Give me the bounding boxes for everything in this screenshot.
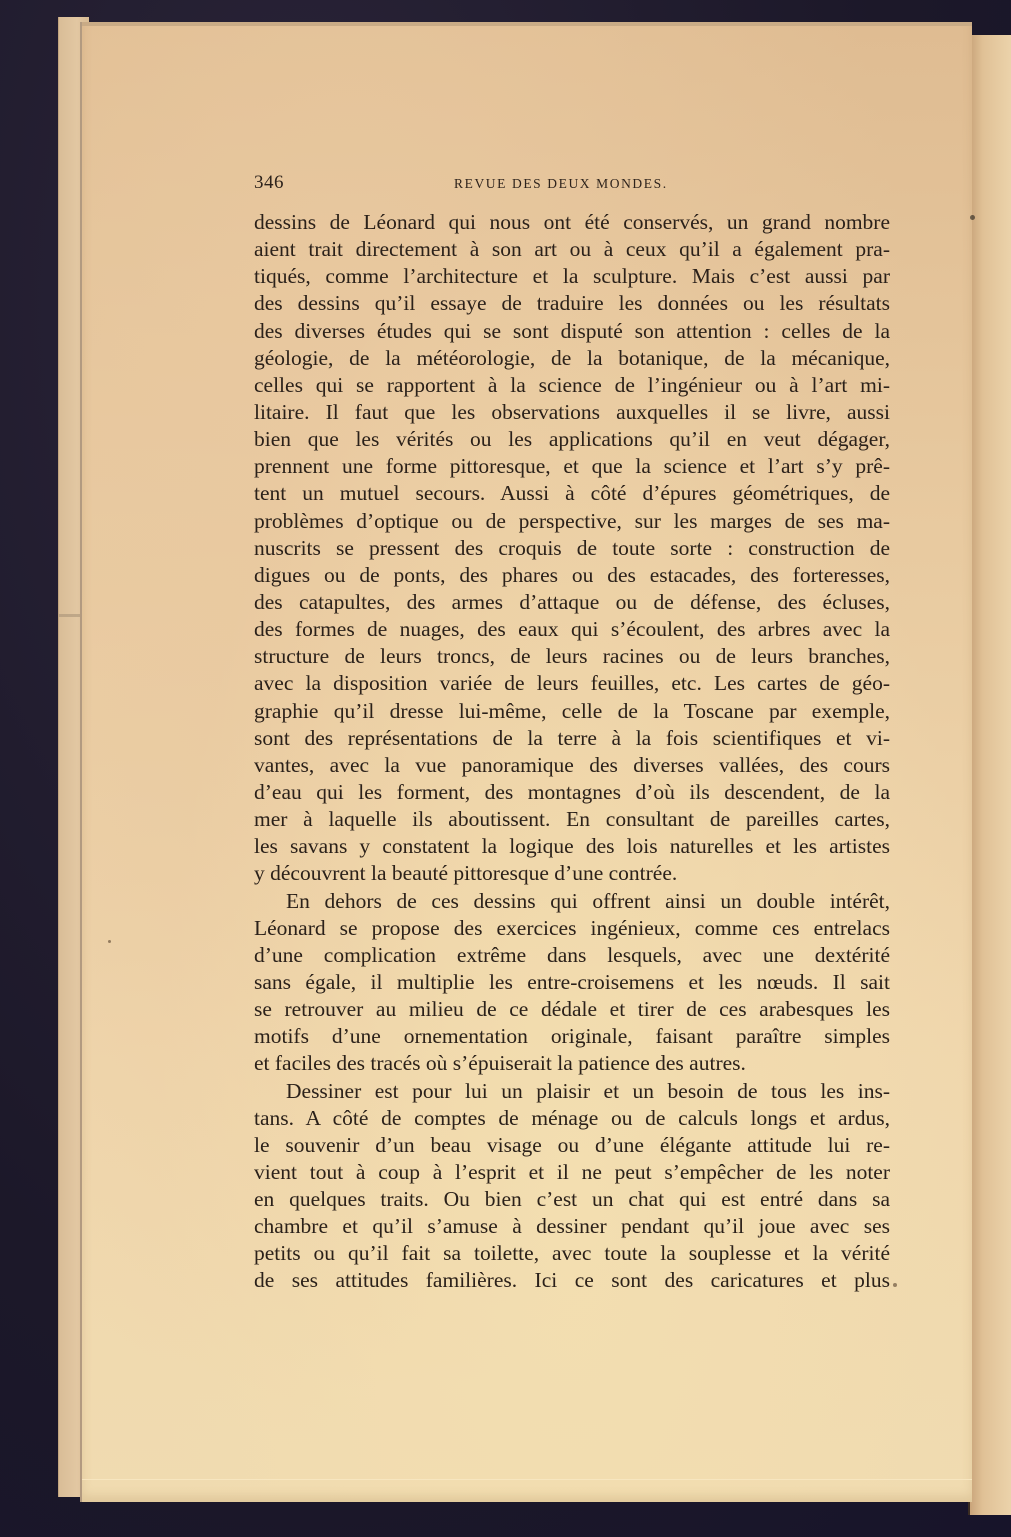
text-line: chambre et qu’il s’amuse à dessiner pend…: [254, 1213, 890, 1240]
text-line: En dehors de ces dessins qui offrent ain…: [254, 888, 890, 915]
text-line: tiqués, comme l’architecture et la sculp…: [254, 263, 890, 290]
text-line: de ses attitudes familières. Ici ce sont…: [254, 1267, 890, 1294]
text-line: et faciles des tracés où s’épuiserait la…: [254, 1050, 890, 1077]
binding-hole: [970, 215, 975, 220]
text-line: mer à laquelle ils aboutissent. En consu…: [254, 806, 890, 833]
text-line: vantes, avec la vue panoramique des dive…: [254, 752, 890, 779]
text-line: problèmes d’optique ou de perspective, s…: [254, 508, 890, 535]
text-line: digues ou de ponts, des phares ou des es…: [254, 562, 890, 589]
text-line: avec la disposition variée de leurs feui…: [254, 670, 890, 697]
text-line: des dessins qu’il essaye de traduire les…: [254, 290, 890, 317]
running-head: 346 REVUE DES DEUX MONDES.: [254, 172, 890, 194]
text-line: motifs d’une ornementation originale, fa…: [254, 1023, 890, 1050]
text-line: nuscrits se pressent des croquis de tout…: [254, 535, 890, 562]
text-line: prennent une forme pittoresque, et que l…: [254, 453, 890, 480]
text-line: des diverses études qui se sont disputé …: [254, 318, 890, 345]
text-line: structure de leurs troncs, de leurs raci…: [254, 643, 890, 670]
text-line: Dessiner est pour lui un plaisir et un b…: [254, 1078, 890, 1105]
text-line: tans. A côté de comptes de ménage ou de …: [254, 1105, 890, 1132]
text-line: graphie qu’il dresse lui-même, celle de …: [254, 698, 890, 725]
paper-speck: [108, 940, 111, 943]
text-line: d’eau qui les forment, des montagnes d’o…: [254, 779, 890, 806]
text-line: Léonard se propose des exercices ingénie…: [254, 915, 890, 942]
text-line: se retrouver au milieu de ce dédale et t…: [254, 996, 890, 1023]
text-line: dessins de Léonard qui nous ont été cons…: [254, 209, 890, 236]
adjacent-page-edge: [968, 35, 1011, 1515]
text-line: aient trait directement à son art ou à c…: [254, 236, 890, 263]
text-line: géologie, de la météorologie, de la bota…: [254, 345, 890, 372]
text-line: celles qui se rapportent à la science de…: [254, 372, 890, 399]
text-line: le souvenir d’un beau visage ou d’une él…: [254, 1132, 890, 1159]
text-line: litaire. Il faut que les observations au…: [254, 399, 890, 426]
text-line: tent un mutuel secours. Aussi à côté d’é…: [254, 480, 890, 507]
journal-title: REVUE DES DEUX MONDES.: [454, 176, 668, 192]
text-line: bien que les vérités ou les applications…: [254, 426, 890, 453]
text-line: petits ou qu’il fait sa toilette, avec t…: [254, 1240, 890, 1267]
text-line: d’une complication extrême dans lesquels…: [254, 942, 890, 969]
text-line: les savans y constatent la logique des l…: [254, 833, 890, 860]
text-line: des formes de nuages, des eaux qui s’éco…: [254, 616, 890, 643]
text-line: y découvrent la beauté pittoresque d’une…: [254, 860, 890, 887]
page-number: 346: [254, 172, 284, 194]
paper-speck: [893, 1283, 897, 1287]
body-text: dessins de Léonard qui nous ont été cons…: [254, 209, 890, 1295]
text-line: sont des représentations de la terre à l…: [254, 725, 890, 752]
text-line: des catapultes, des armes d’attaque ou d…: [254, 589, 890, 616]
text-line: sans égale, il multiplie les entre-crois…: [254, 969, 890, 996]
text-line: en quelques traits. Ou bien c’est un cha…: [254, 1186, 890, 1213]
text-line: vient tout à coup à l’esprit et il ne pe…: [254, 1159, 890, 1186]
